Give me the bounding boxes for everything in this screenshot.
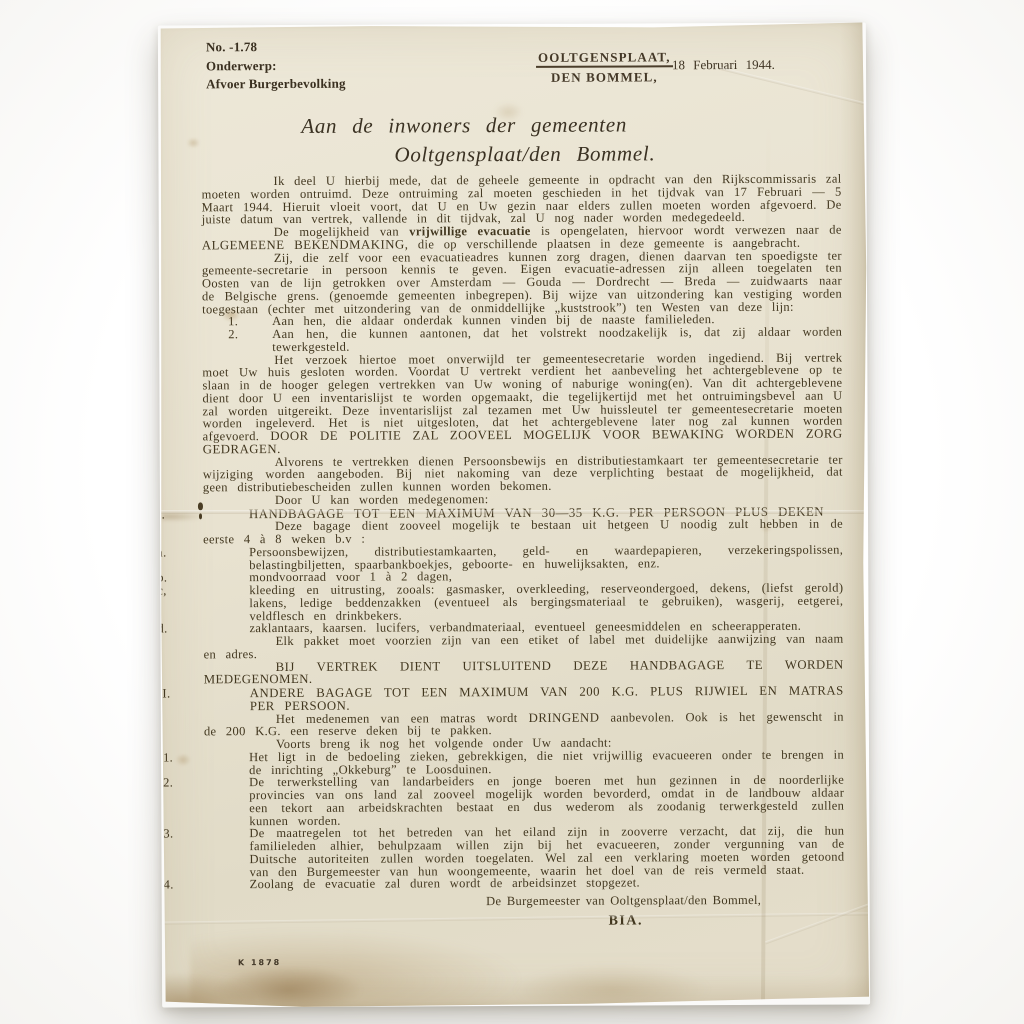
list-marker: 4. [207, 878, 250, 891]
title-line-1: Aan de inwoners der gemeenten [301, 113, 627, 139]
caps-run: DOOR DE POLITIE ZAL ZOOVEEL MOGELIJK VOO… [203, 427, 843, 457]
list-text: De terwerkstelling van landarbeiders en … [249, 773, 844, 828]
document-paper: No. -1.78 Onderwerp: Afvoer Burgerbevolk… [158, 22, 870, 1007]
list-text: De maatregelen tot het betreden van het … [249, 824, 844, 879]
final-instructions-list: 1.Het ligt in de bedoeling zieken, gebre… [204, 748, 845, 891]
list-text: Zoolang de evacuatie zal duren wordt de … [250, 876, 640, 892]
print-mark: K 1878 [238, 958, 281, 967]
list-item: 4.Zoolang de evacuatie zal duren wordt d… [205, 876, 845, 892]
list-text: Persoonsbewijzen, distributiestamkaarten… [249, 542, 843, 571]
list-item: c,kleeding en uitrusting, zooals: gasmas… [203, 582, 843, 623]
subject-value: Afvoer Burgerbevolking [206, 75, 346, 94]
signature-line: De Burgemeester van Ooltgensplaat/den Bo… [304, 893, 944, 909]
list-marker: a. [203, 546, 249, 559]
subject-label: Onderwerp: [206, 56, 346, 75]
stamp-line-2: DEN BOMMEL, [536, 67, 673, 85]
list-marker: 3. [206, 827, 249, 840]
paragraph-label: Elk pakket moet voorzien zijn van een et… [204, 633, 844, 661]
list-marker: 2. [206, 776, 249, 789]
place-stamp: OOLTGENSPLAAT, DEN BOMMEL, [536, 49, 673, 85]
list-item: a.Persoonsbewijzen, distributiestamkaart… [203, 543, 843, 571]
list-marker: 2. [250, 328, 272, 341]
reference-block: No. -1.78 Onderwerp: Afvoer Burgerbevolk… [206, 38, 346, 94]
list-marker: 1. [250, 315, 272, 328]
west-exception-list: 1.Aan hen, die aldaar onderdak kunnen vi… [202, 313, 842, 354]
paragraph-own-address: Zij, die zelf voor een evacuatieadres ku… [202, 249, 842, 316]
list-text: Aan hen, die kunnen aantonen, dat het vo… [272, 325, 842, 354]
list-item: 3.De maatregelen tot het betreden van he… [204, 825, 844, 879]
roman-marker: II. [204, 687, 250, 700]
baggage-letter-list: a.Persoonsbewijzen, distributiestamkaart… [203, 543, 843, 635]
paragraph-voluntary-evacuation: De mogelijkheid van vrijwillige evacuati… [202, 224, 842, 252]
list-marker: 1. [206, 751, 249, 764]
roman-marker: I. [203, 508, 249, 521]
reference-number: No. -1.78 [206, 38, 346, 57]
paragraph-request-procedure: Het verzoek hiertoe moet onverwijld ter … [202, 351, 842, 456]
caps-run: DRINGEND [529, 710, 600, 724]
list-marker: c, [203, 584, 249, 597]
document-content: No. -1.78 Onderwerp: Afvoer Burgerbevolk… [158, 22, 870, 1007]
list-text: kleeding en uitrusting, zooals: gasmaske… [249, 581, 843, 623]
body-text: Ik deel U hierbij mede, dat de geheele g… [202, 173, 845, 930]
photo-background: No. -1.78 Onderwerp: Afvoer Burgerbevolk… [0, 0, 1024, 1024]
signature-name: BIA. [306, 914, 946, 930]
paragraph-matras: Het medenemen van een matras wordt DRING… [204, 710, 844, 738]
list-marker: b. [203, 571, 249, 584]
paper-sheet: No. -1.78 Onderwerp: Afvoer Burgerbevolk… [158, 22, 870, 1007]
stamp-line-1: OOLTGENSPLAAT, [536, 49, 673, 68]
list-marker: d. [203, 622, 249, 635]
paragraph-evacuation-order: Ik deel U hierbij mede, dat de geheele g… [202, 173, 842, 227]
list-item: 2.De terwerkstelling van landarbeiders e… [204, 774, 844, 828]
paragraph-only-handbagage: BIJ VERTREK DIENT UITSLUITEND DEZE HANDB… [204, 658, 844, 686]
document-date: 18 Februari 1944. [672, 57, 775, 73]
paragraph-documents: Alvorens te vertrekken dienen Persoonsbe… [203, 453, 843, 494]
ink-blot-mark [198, 502, 203, 510]
title-line-2: Ooltgensplaat/den Bommel. [394, 141, 655, 167]
